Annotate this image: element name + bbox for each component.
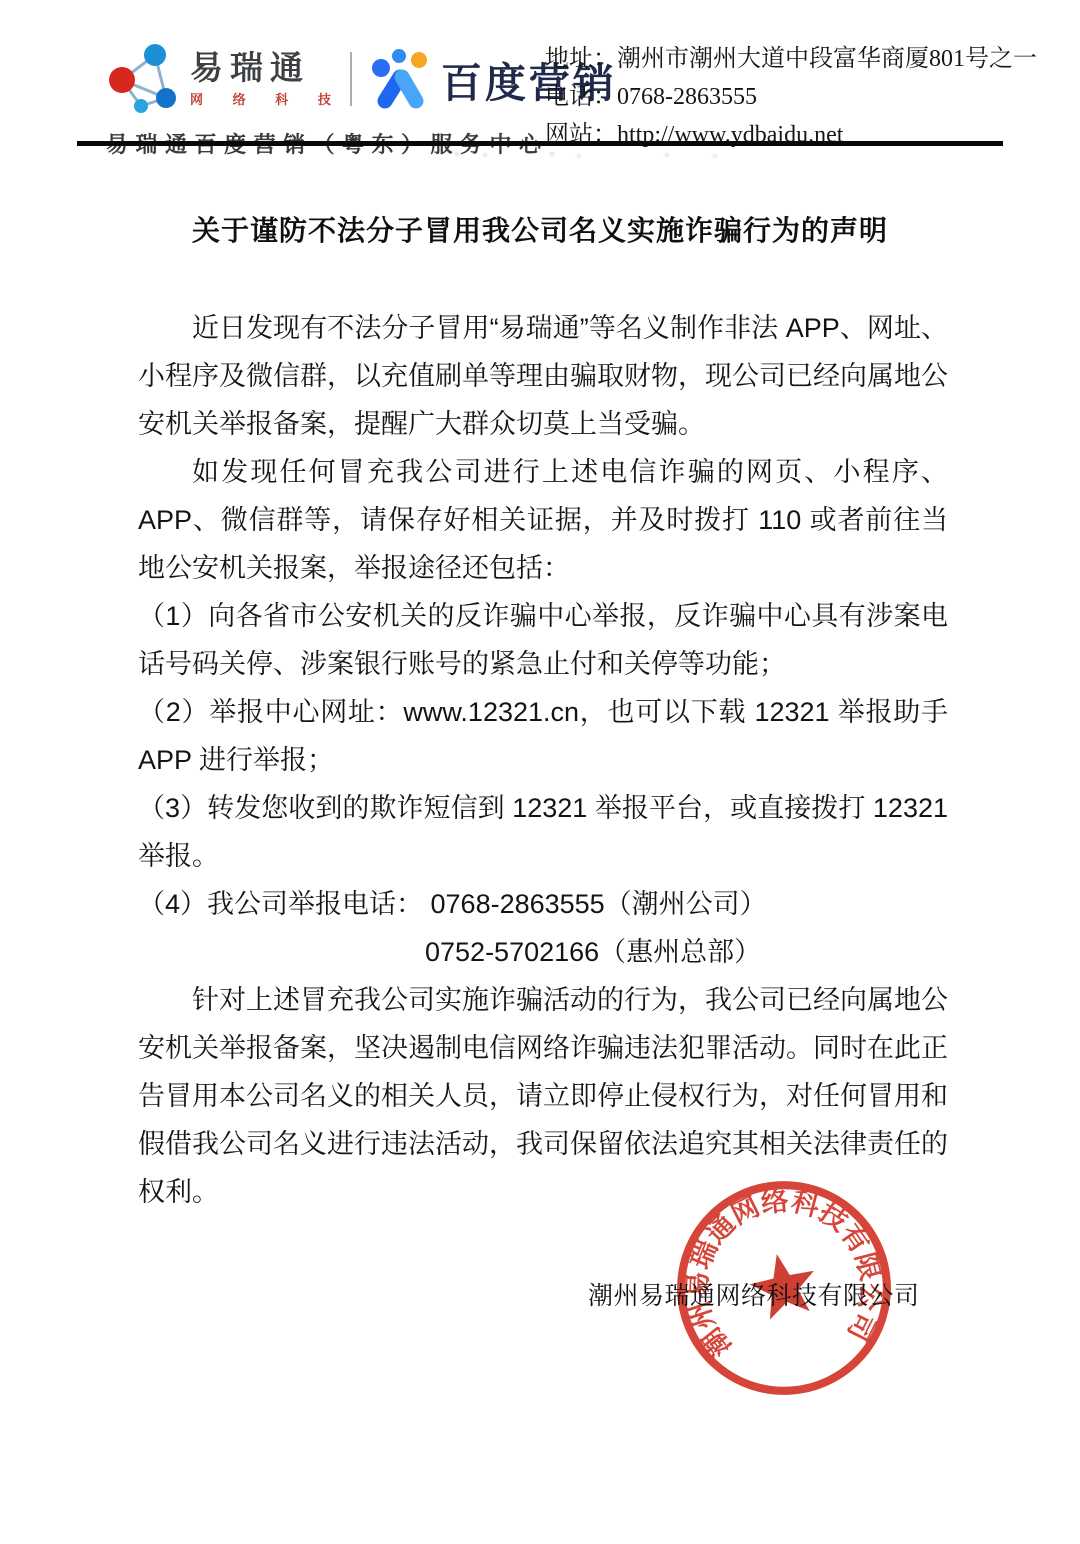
statement-body: 近日发现有不法分子冒用“易瑞通”等名义制作非法 APP、网址、小程序及微信群，以… [138,304,948,1216]
list-item-4-phone-chaozhou: （4）我公司举报电话： 0768-2863555（潮州公司） [138,880,948,928]
contact-website: 网站：http://www.ydbaidu.net [545,116,1015,154]
yiruitong-network-icon [106,42,180,116]
phone-value: 0768-2863555 [617,84,757,110]
company-signature: 潮州易瑞通网络科技有限公司 [588,1276,920,1312]
yiruitong-name: 易瑞通 [190,50,344,86]
contact-address: 地址：潮州市潮州大道中段富华商厦801号之一 [545,40,1015,78]
list-item-2: （2）举报中心网址：www.12321.cn，也可以下载 12321 举报助手 … [138,688,948,784]
contact-phone: 电话：0768-2863555 [545,78,1015,116]
yiruitong-subtitle: 网 络 科 技 [190,89,344,108]
paragraph-intro: 近日发现有不法分子冒用“易瑞通”等名义制作非法 APP、网址、小程序及微信群，以… [138,304,948,448]
page-title: 关于谨防不法分子冒用我公司名义实施诈骗行为的声明 [0,209,1080,249]
phone-huizhou: 0752-5702166（惠州总部） [138,928,948,976]
address-label: 地址： [545,46,617,72]
scanned-letter-page: 易瑞通 网 络 科 技 百度营销 易瑞通百度营销（粤东）服务中心 地址：潮州市潮… [0,0,1080,1544]
paragraph-report-channels: 如发现任何冒充我公司进行上述电信诈骗的网页、小程序、APP、微信群等，请保存好相… [138,448,948,592]
brand-divider [350,52,352,106]
list-item-3: （3）转发您收到的欺诈短信到 12321 举报平台，或直接拨打 12321 举报… [138,784,948,880]
scan-artifact [455,152,459,156]
phone-label: 电话： [545,84,617,110]
list-item-1: （1）向各省市公安机关的反诈骗中心举报，反诈骗中心具有涉案电话号码关停、涉案银行… [138,592,948,688]
logo-row: 易瑞通 网 络 科 技 百度营销 [106,42,617,116]
address-value: 潮州市潮州大道中段富华商厦801号之一 [617,46,1037,72]
yiruitong-wordmark: 易瑞通 网 络 科 技 [190,50,344,108]
contact-block: 地址：潮州市潮州大道中段富华商厦801号之一 电话：0768-2863555 网… [545,40,1015,154]
header-rule [77,141,1003,146]
baidu-marketing-icon [369,47,433,111]
